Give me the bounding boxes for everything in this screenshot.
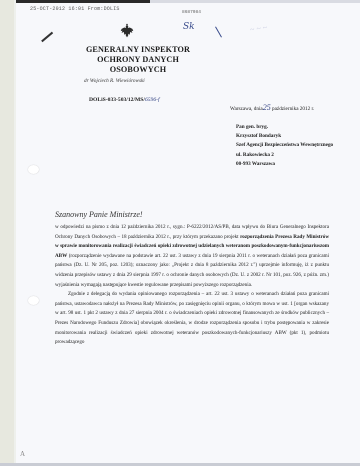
org-name-line1: GENERALNY INSPEKTOR [68, 45, 208, 55]
bleedthrough-handwriting: ~ ~ ~ [249, 23, 267, 34]
org-name-line2: OCHRONY DANYCH [68, 55, 208, 65]
handwritten-initials: Sk [183, 22, 195, 32]
date-day-handwritten: 25 [263, 103, 271, 112]
scan-top-edge [0, 0, 360, 3]
letter-body: w odpowiedzi na pismo z dnia 12 paździer… [55, 223, 329, 348]
fax-header-timestamp: 25-OCT-2012 16:01 From:DOLIS [30, 6, 120, 12]
body-paragraph-1: w odpowiedzi na pismo z dnia 12 paździer… [55, 223, 329, 290]
recipient-name: Krzysztof Bondaryk [236, 132, 333, 141]
punch-hole-middle [28, 296, 39, 305]
letterhead-organization: GENERALNY INSPEKTOR OCHRONY DANYCH OSOBO… [68, 45, 208, 75]
handwritten-check-mark [41, 32, 53, 42]
recipient-position: Szef Agencji Bezpieczeństwa Wewnętrznego [236, 141, 333, 150]
recipient-title: Pan gen. bryg. [236, 123, 333, 132]
letter-date: Warszawa, dnia25 października 2012 r. [230, 103, 314, 112]
reference-printed: DOLiS-033-503/12/MS/ [89, 97, 145, 103]
recipient-address: Pan gen. bryg. Krzysztof Bondaryk Szef A… [236, 123, 333, 169]
date-suffix: października 2012 r. [272, 106, 314, 112]
reference-number: DOLiS-033-503/12/MS/6596-f [89, 97, 160, 103]
handwritten-corner-mark: A [20, 450, 25, 458]
org-name-line3: OSOBOWYCH [68, 65, 208, 75]
fax-id: 8687084 [182, 10, 201, 15]
scan-left-margin [0, 0, 14, 466]
recipient-street: ul. Rakowiecka 2 [236, 151, 333, 160]
recipient-city: 00-993 Warszawa [236, 160, 333, 169]
reference-handwritten: 6596-f [145, 97, 160, 103]
handwritten-salutation: Szanowny Panie Ministrze! [55, 210, 143, 219]
date-prefix: Warszawa, dnia [230, 106, 263, 112]
polish-eagle-emblem-icon [118, 23, 136, 41]
officer-name: dr Wojciech R. Wiewiórowski [84, 78, 145, 84]
body-paragraph-2: Zgodnie z delegacją do wydania opiniowan… [55, 290, 329, 348]
handwritten-stroke [215, 27, 222, 38]
paragraph-1-details: (rozporządzenie wydawane na podstawie ar… [55, 253, 329, 288]
punch-hole-top [28, 165, 39, 174]
scan-margin-shadow [14, 0, 16, 466]
